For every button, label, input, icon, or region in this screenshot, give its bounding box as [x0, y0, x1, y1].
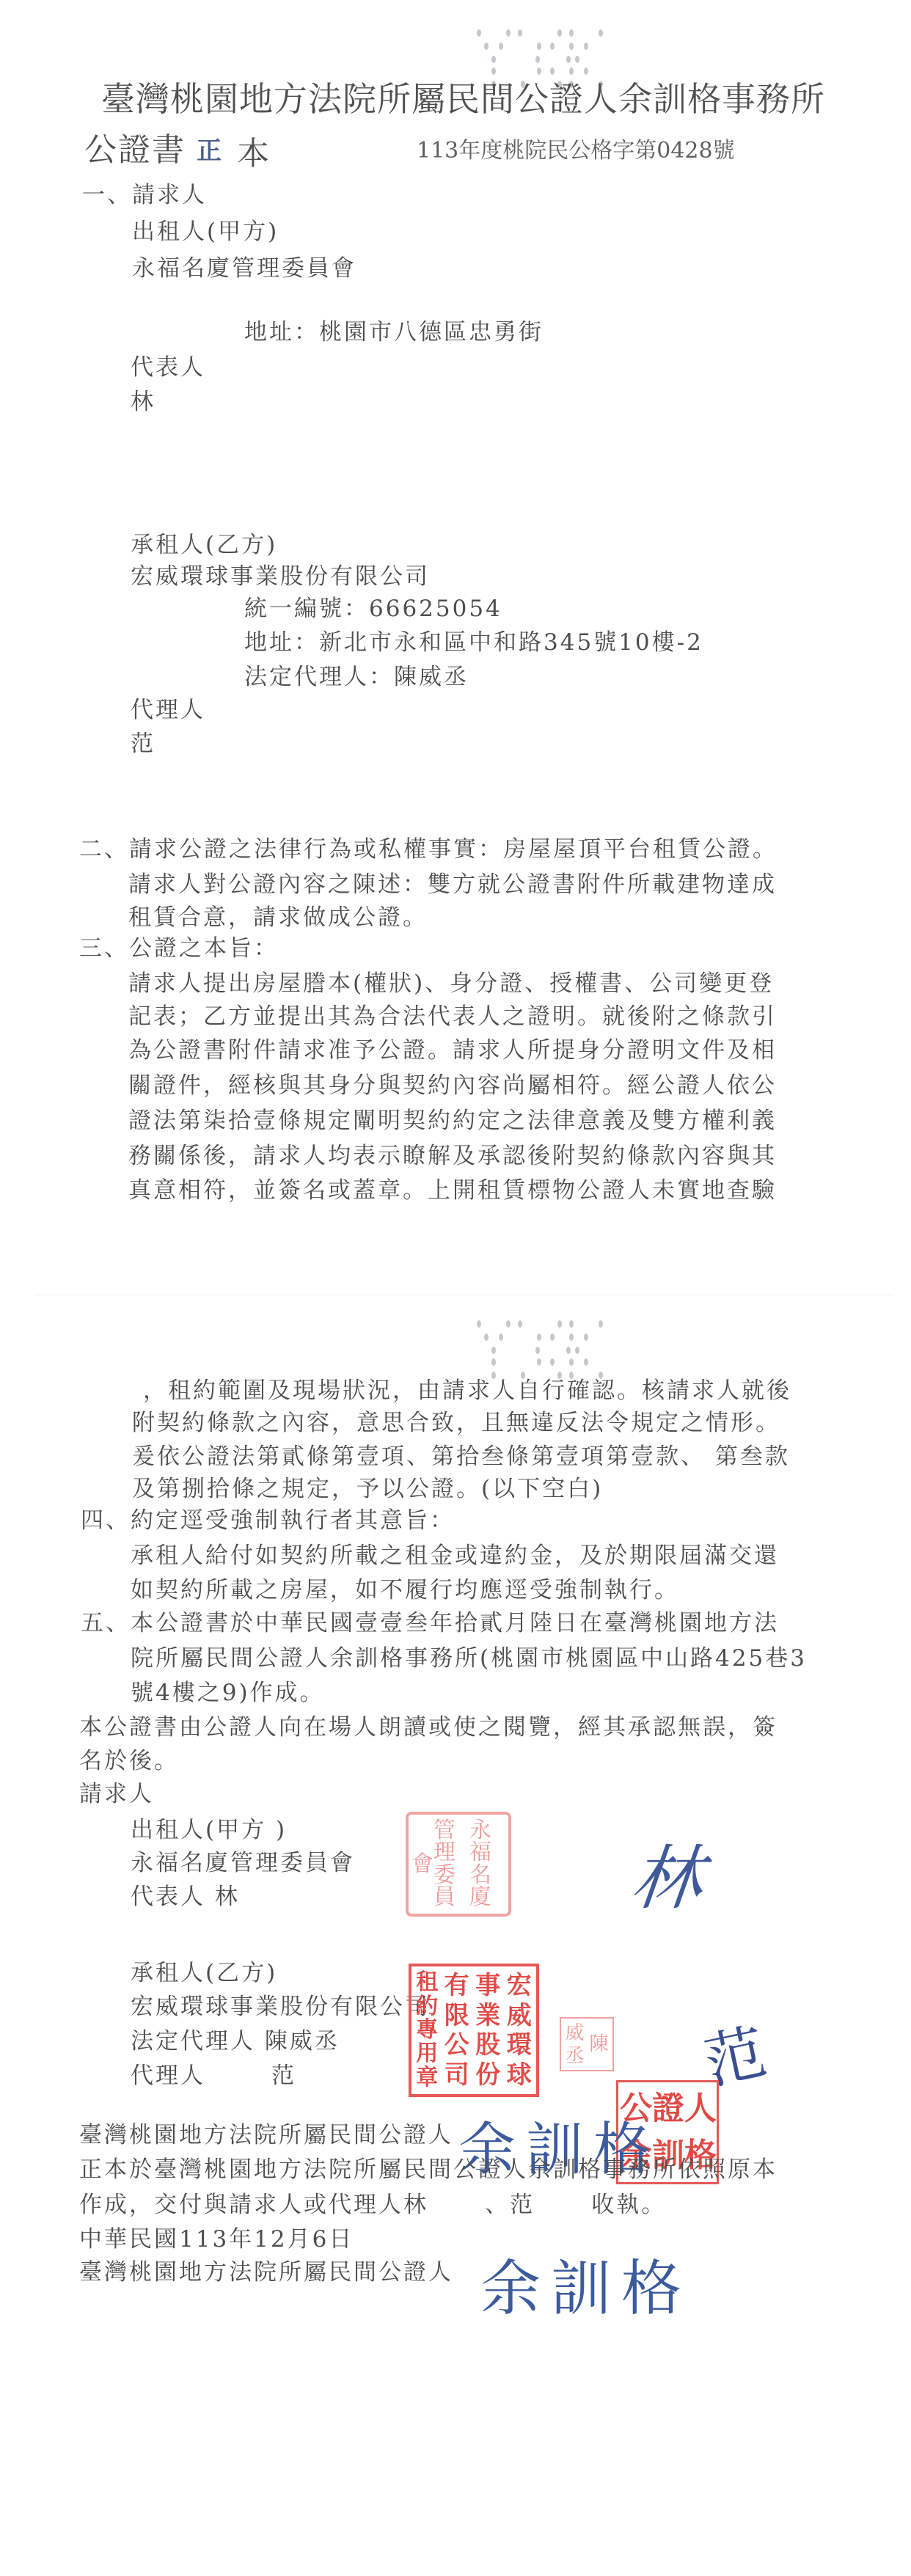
original-copy-mark: 正 [197, 131, 222, 167]
requester-label: 請求人 [79, 1781, 154, 1807]
section3-line: 爰依公證法第貳條第壹項、第拾叁條第壹項第壹款、 第叁款 [132, 1443, 790, 1470]
section3-line: 記表；乙方並提出其為合法代表人之證明。就後附之條款引 [128, 1003, 777, 1030]
section4-line: 如契約所載之房屋，如不履行均應逕受強制執行。 [131, 1577, 679, 1603]
lessor-seal: 永福名廈 管理委員 會 [406, 1812, 511, 1917]
lessee-legal-rep: 法定代理人：陳威丞 [244, 664, 469, 690]
section3-line: 關證件，經核與其身分與契約內容尚屬相符。經公證人依公 [128, 1072, 777, 1099]
sig-lessee-agent: 代理人 范 [131, 2063, 296, 2089]
sig-lessor-label: 出租人(甲方 ) [131, 1817, 287, 1843]
sig-lessee-legal-rep: 法定代理人 陳威丞 [131, 2028, 340, 2054]
perforation-mark-page2 [477, 1320, 623, 1377]
section3-line: 及第捌拾條之規定，予以公證。(以下空白) [132, 1476, 603, 1502]
closing-line: 名於後。 [79, 1748, 179, 1774]
section3-line: 務關係後，請求人均表示瞭解及承認後附契約條款內容與其 [128, 1143, 777, 1169]
section3-line: ，租約範圍及現場狀況，由請求人自行確認。核請求人就後 [143, 1377, 791, 1404]
document-label: 公證書 [84, 132, 186, 169]
section3-heading: 三、公證之本旨： [79, 935, 279, 962]
closing-line: 本公證書由公證人向在場人朗讀或使之閱覽，經其承認無誤，簽 [79, 1714, 778, 1741]
document-number: 113年度桃院民公格字第0428號 [417, 138, 735, 164]
sig-lessee-name: 宏威環球事業股份有限公司 [131, 1994, 430, 2020]
notary-signature-2: 余訓格 [480, 2241, 692, 2327]
section2-line: 二、請求公證之法律行為或私權事實：房屋屋頂平台租賃公證。 [79, 836, 778, 863]
section1-heading: 一、請求人 [82, 182, 207, 208]
lessor-rep-name: 林 [131, 389, 156, 415]
section4-line: 承租人給付如契約所載之租金或違約金，及於期限屆滿交還 [131, 1543, 779, 1569]
section3-line: 為公證書附件請求准予公證。請求人所提身分證明文件及相 [128, 1037, 777, 1064]
section3-line: 附契約條款之內容，意思合致，且無違反法令規定之情形。 [132, 1410, 780, 1436]
lessor-signature: 林 [627, 1823, 708, 1923]
lessor-address: 地址：桃園市八德區忠勇街 [244, 319, 544, 345]
legal-rep-seal: 陳 威丞 [560, 2017, 614, 2071]
document-label-suffix: 本 [237, 136, 271, 172]
lessee-name: 宏威環球事業股份有限公司 [131, 563, 430, 590]
notary-line: 臺灣桃園地方法院所屬民間公證人 [79, 2122, 453, 2148]
sig-lessor-rep: 代表人 林 [131, 1884, 240, 1910]
lessor-label: 出租人(甲方) [132, 219, 279, 245]
copy-line-1: 正本於臺灣桃園地方法院所屬民間公證人余訓格事務所依照原本 [79, 2156, 778, 2183]
agent-label: 代理人 [131, 697, 205, 723]
lessee-address: 地址：新北市永和區中和路345號10樓-2 [244, 629, 703, 656]
section5-line: 號4樓之9)作成。 [131, 1680, 325, 1706]
copy-line-2: 作成，交付與請求人或代理人林 、范 收執。 [79, 2192, 666, 2218]
section2-line: 租賃合意，請求做成公證。 [128, 904, 428, 931]
lessor-rep-label: 代表人 [131, 354, 205, 381]
sig-lessor-name: 永福名廈管理委員會 [131, 1850, 355, 1876]
notary-line-2: 臺灣桃園地方法院所屬民間公證人 [79, 2259, 453, 2286]
perforation-mark-page1 [477, 29, 623, 87]
section4-heading: 四、約定逕受強制執行者其意旨： [81, 1507, 455, 1534]
lessor-name: 永福名廈管理委員會 [132, 255, 356, 282]
company-lease-seal: 宏威環球 事業股份 有限公司 租約專用章 [409, 1964, 539, 2097]
section2-line: 請求人對公證內容之陳述：雙方就公證書附件所載建物達成 [128, 871, 777, 898]
section3-line: 真意相符，並簽名或蓋章。上開租賃標物公證人未實地查驗 [128, 1177, 777, 1204]
agent-name: 范 [131, 731, 156, 757]
issue-date: 中華民國113年12月6日 [79, 2226, 354, 2253]
section5-line: 五、本公證書於中華民國壹壹叁年拾貳月陸日在臺灣桃園地方法 [81, 1610, 779, 1636]
office-title: 臺灣桃園地方法院所屬民間公證人余訓格事務所 [101, 79, 825, 119]
lessee-label: 承租人(乙方) [131, 532, 277, 558]
lessee-tax-id: 統一編號：66625054 [244, 596, 502, 622]
section3-line: 證法第柒拾壹條規定闡明契約約定之法律意義及雙方權利義 [128, 1108, 777, 1134]
sig-lessee-label: 承租人(乙方) [131, 1960, 277, 1986]
section5-line: 院所屬民間公證人余訓格事務所(桃園市桃園區中山路425巷3 [131, 1645, 807, 1672]
section3-line: 請求人提出房屋謄本(權狀)、身分證、授權書、公司變更登 [128, 970, 774, 997]
page-break [35, 1295, 893, 1295]
